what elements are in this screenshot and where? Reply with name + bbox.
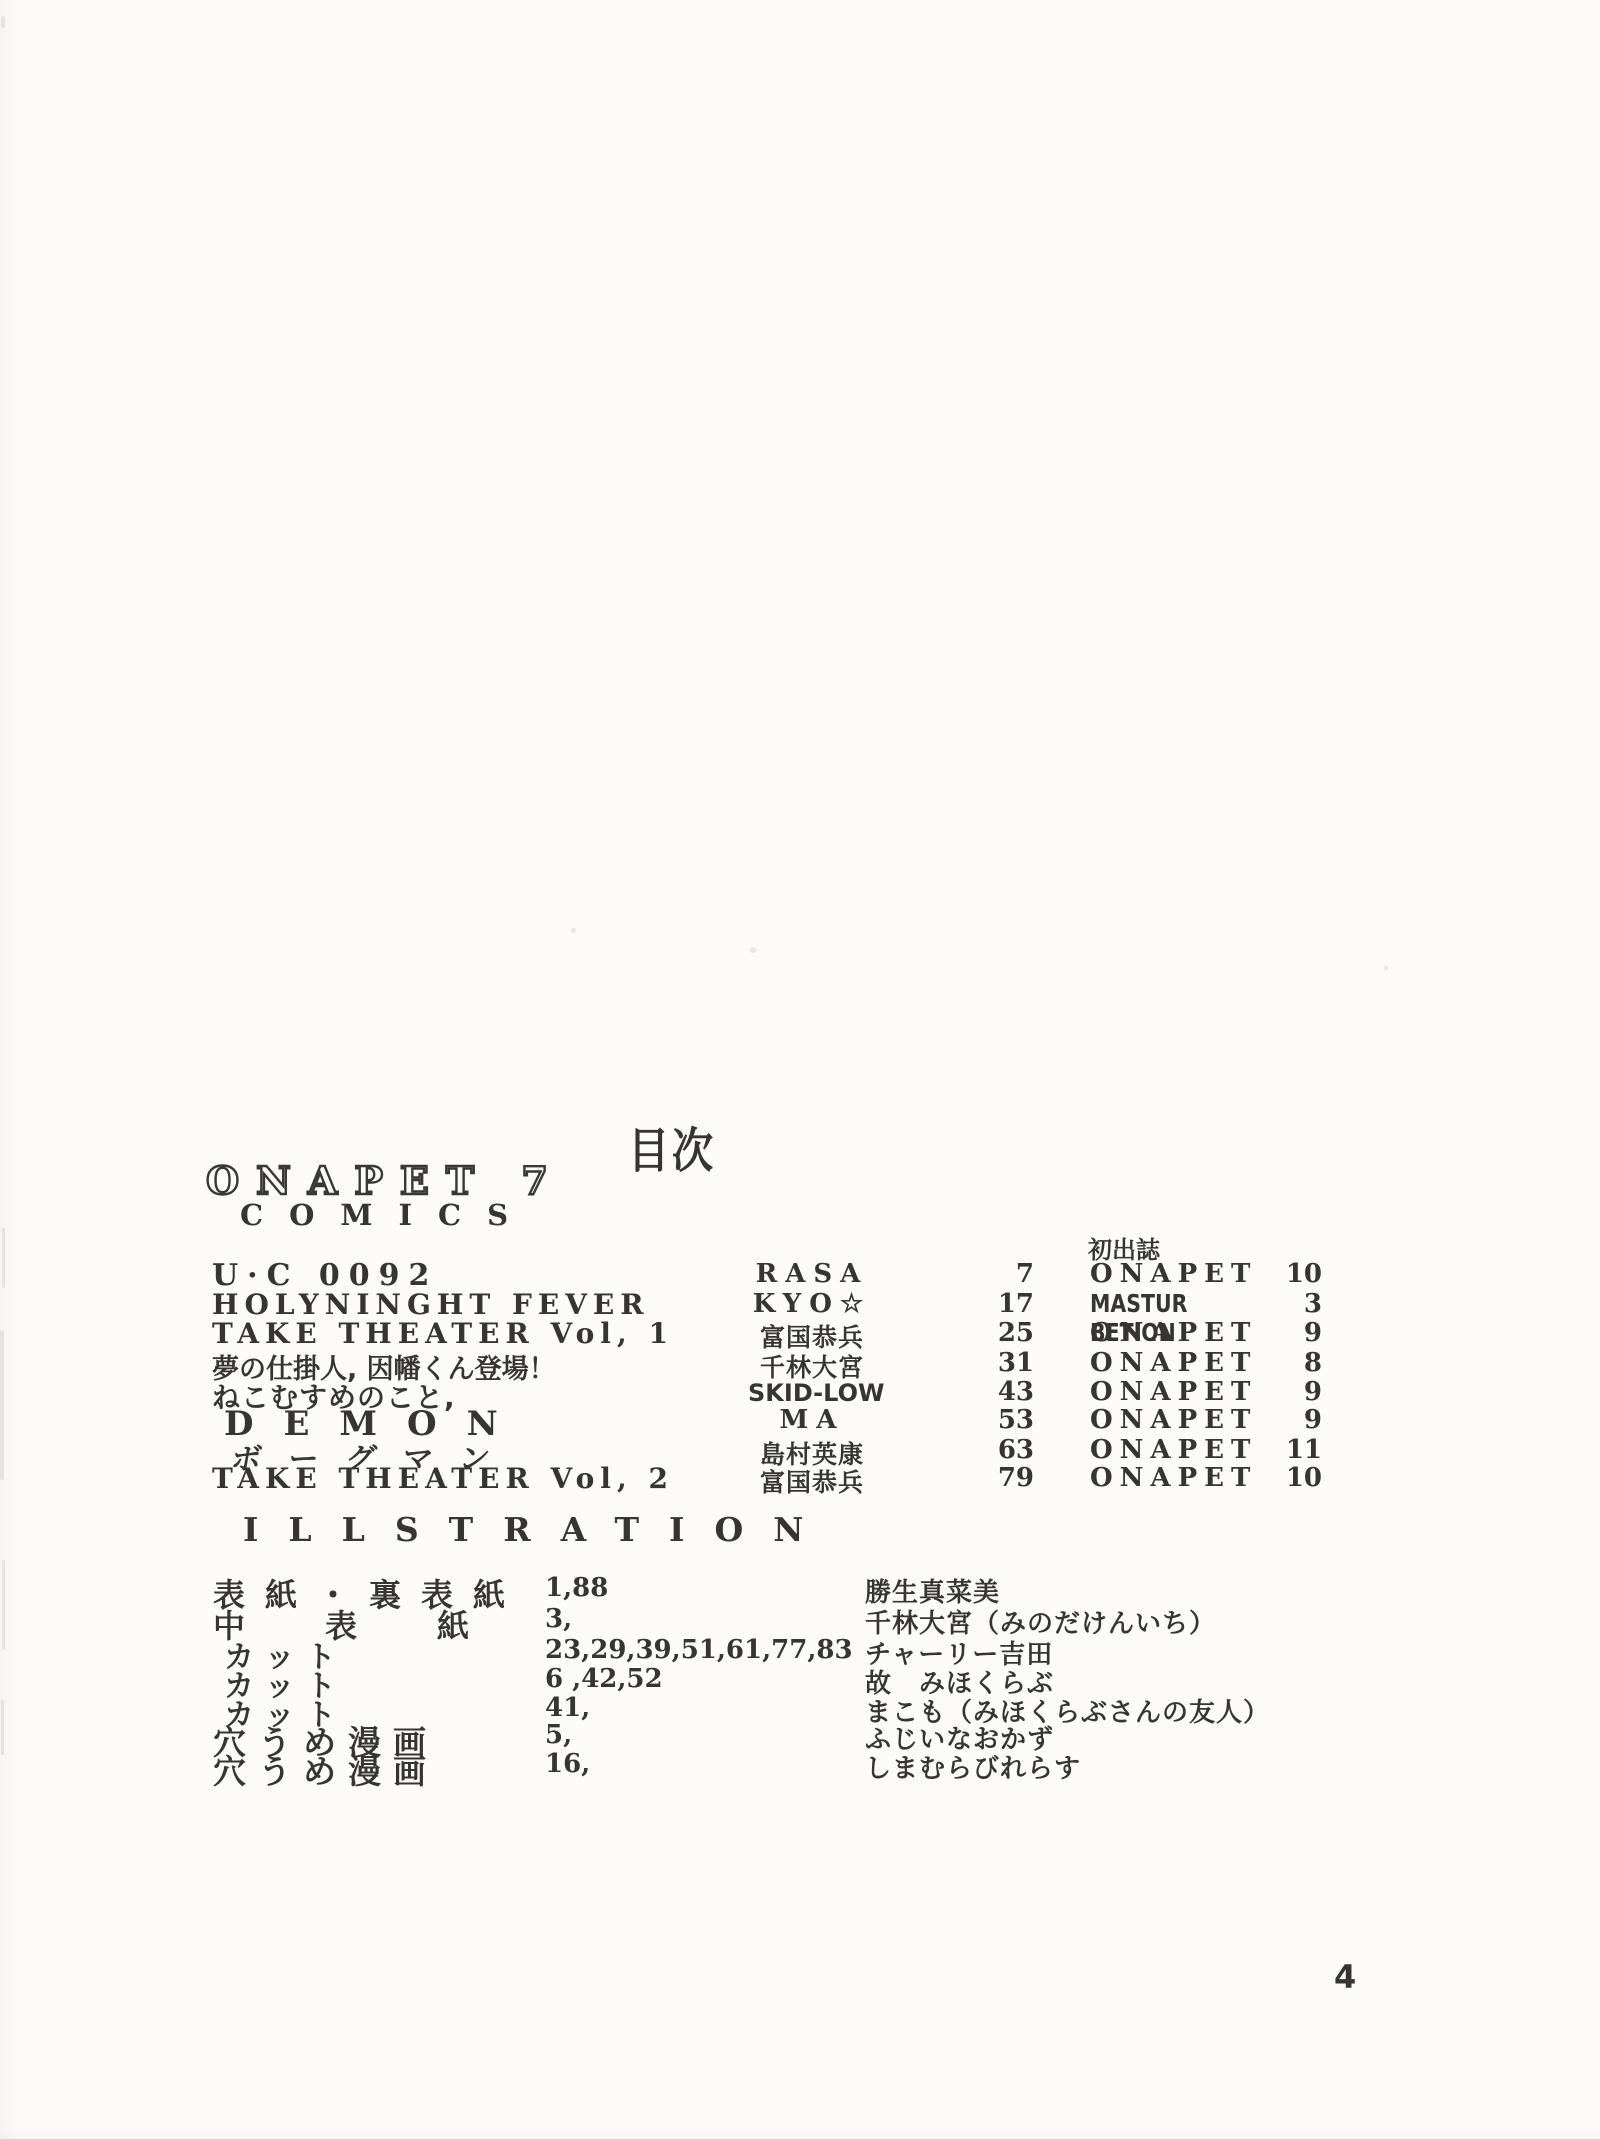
scan-artifact bbox=[1384, 966, 1388, 970]
comic-page: 63 bbox=[968, 1435, 1034, 1465]
illustration-label: 穴うめ漫画 bbox=[213, 1746, 438, 1793]
illustration-row: 中 表 紙 3, 千林大宮（みのだけんいち） bbox=[0, 1601, 1600, 1632]
magazine-name: ONAPET bbox=[1090, 1377, 1257, 1407]
comic-author: SKID-LOW bbox=[748, 1379, 876, 1407]
toc-title: 目次 bbox=[628, 1112, 716, 1181]
illustration-artist: しまむらびれらす bbox=[865, 1748, 1081, 1785]
comic-page: 79 bbox=[968, 1463, 1034, 1493]
comics-row: 夢の仕掛人, 因幡くん登場！ 千林大宮 31 ONAPET8 bbox=[0, 1347, 1600, 1377]
illustration-row: カット 6 ,42,52 故 みほくらぶ bbox=[0, 1661, 1600, 1692]
illustration-pages: 16, bbox=[545, 1749, 590, 1779]
comic-author: 富国恭兵 bbox=[748, 1463, 876, 1499]
comics-row: ねこむすめのこと, SKID-LOW 43 ONAPET9 bbox=[0, 1376, 1600, 1406]
comic-magazine: ONAPET10 bbox=[1090, 1463, 1322, 1493]
magazine-name: ONAPET bbox=[1090, 1348, 1257, 1378]
comic-page: 7 bbox=[968, 1259, 1034, 1289]
magazine-name: ONAPET bbox=[1090, 1318, 1257, 1348]
series-title: ONAPET 7 bbox=[206, 1158, 565, 1203]
magazine-name: ONAPET bbox=[1090, 1435, 1257, 1465]
illustration-row: 表紙・裏表紙 1,88 勝生真菜美 bbox=[0, 1570, 1600, 1601]
series-subtitle: COMICS bbox=[240, 1198, 534, 1232]
comic-author: RASA bbox=[748, 1259, 876, 1289]
comic-magazine: ONAPET11 bbox=[1090, 1435, 1322, 1465]
page-number: 4 bbox=[1334, 1958, 1356, 1996]
magazine-name: ONAPET bbox=[1090, 1259, 1257, 1289]
magazine-issue: 9 bbox=[1304, 1405, 1322, 1435]
illustration-row: カット 23,29,39,51,61,77,83 チャーリー吉田 bbox=[0, 1632, 1600, 1663]
comic-author: MA bbox=[748, 1405, 876, 1435]
comic-page: 17 bbox=[968, 1289, 1034, 1319]
magazine-issue: 9 bbox=[1304, 1318, 1322, 1348]
magazine-issue: 3 bbox=[1304, 1289, 1322, 1319]
magazine-issue: 11 bbox=[1286, 1435, 1322, 1465]
comics-row: HOLYNINGHT FEVER KYO☆ 17 MASTUR BETION3 bbox=[0, 1288, 1600, 1318]
comics-row: TAKE THEATER Vol, 1 富国恭兵 25 ONAPET9 bbox=[0, 1317, 1600, 1347]
comics-row: DEMON MA 53 ONAPET9 bbox=[0, 1404, 1600, 1434]
comic-author: KYO☆ bbox=[748, 1289, 876, 1319]
illustration-row: 穴うめ漫画 5, ふじいなおかず bbox=[0, 1717, 1600, 1748]
comic-magazine: ONAPET10 bbox=[1090, 1259, 1322, 1289]
magazine-issue: 10 bbox=[1286, 1463, 1322, 1493]
scan-artifact bbox=[571, 928, 576, 933]
comics-row: ボーグマン 島村英康 63 ONAPET11 bbox=[0, 1434, 1600, 1464]
comic-magazine: ONAPET9 bbox=[1090, 1405, 1322, 1435]
comic-page: 25 bbox=[968, 1318, 1034, 1348]
illustration-heading: ILLSTRATION bbox=[243, 1510, 833, 1549]
comics-row: U·C 0092 RASA 7 ONAPET10 bbox=[0, 1258, 1600, 1288]
comic-magazine: ONAPET9 bbox=[1090, 1377, 1322, 1407]
comic-page: 43 bbox=[968, 1377, 1034, 1407]
comic-magazine: ONAPET9 bbox=[1090, 1318, 1322, 1348]
magazine-issue: 9 bbox=[1304, 1377, 1322, 1407]
magazine-issue: 10 bbox=[1286, 1259, 1322, 1289]
comic-page: 53 bbox=[968, 1405, 1034, 1435]
magazine-issue: 8 bbox=[1304, 1348, 1322, 1378]
comic-magazine: ONAPET8 bbox=[1090, 1348, 1322, 1378]
illustration-pages: 3, bbox=[545, 1604, 572, 1634]
scanned-toc-page: 目次 ONAPET 7 COMICS 初出誌 U·C 0092 RASA 7 O… bbox=[0, 0, 1600, 2139]
scan-artifact bbox=[1, 16, 5, 28]
comics-row: TAKE THEATER Vol, 2 富国恭兵 79 ONAPET10 bbox=[0, 1462, 1600, 1492]
magazine-name: ONAPET bbox=[1090, 1405, 1257, 1435]
illustration-row: 穴うめ漫画 16, しまむらびれらす bbox=[0, 1746, 1600, 1777]
comic-title: TAKE THEATER Vol, 1 bbox=[212, 1317, 674, 1350]
comic-page: 31 bbox=[968, 1348, 1034, 1378]
comic-title: TAKE THEATER Vol, 2 bbox=[212, 1462, 674, 1495]
scan-artifact bbox=[750, 947, 756, 953]
illustration-pages: 1,88 bbox=[545, 1573, 608, 1603]
magazine-name: ONAPET bbox=[1090, 1463, 1257, 1493]
